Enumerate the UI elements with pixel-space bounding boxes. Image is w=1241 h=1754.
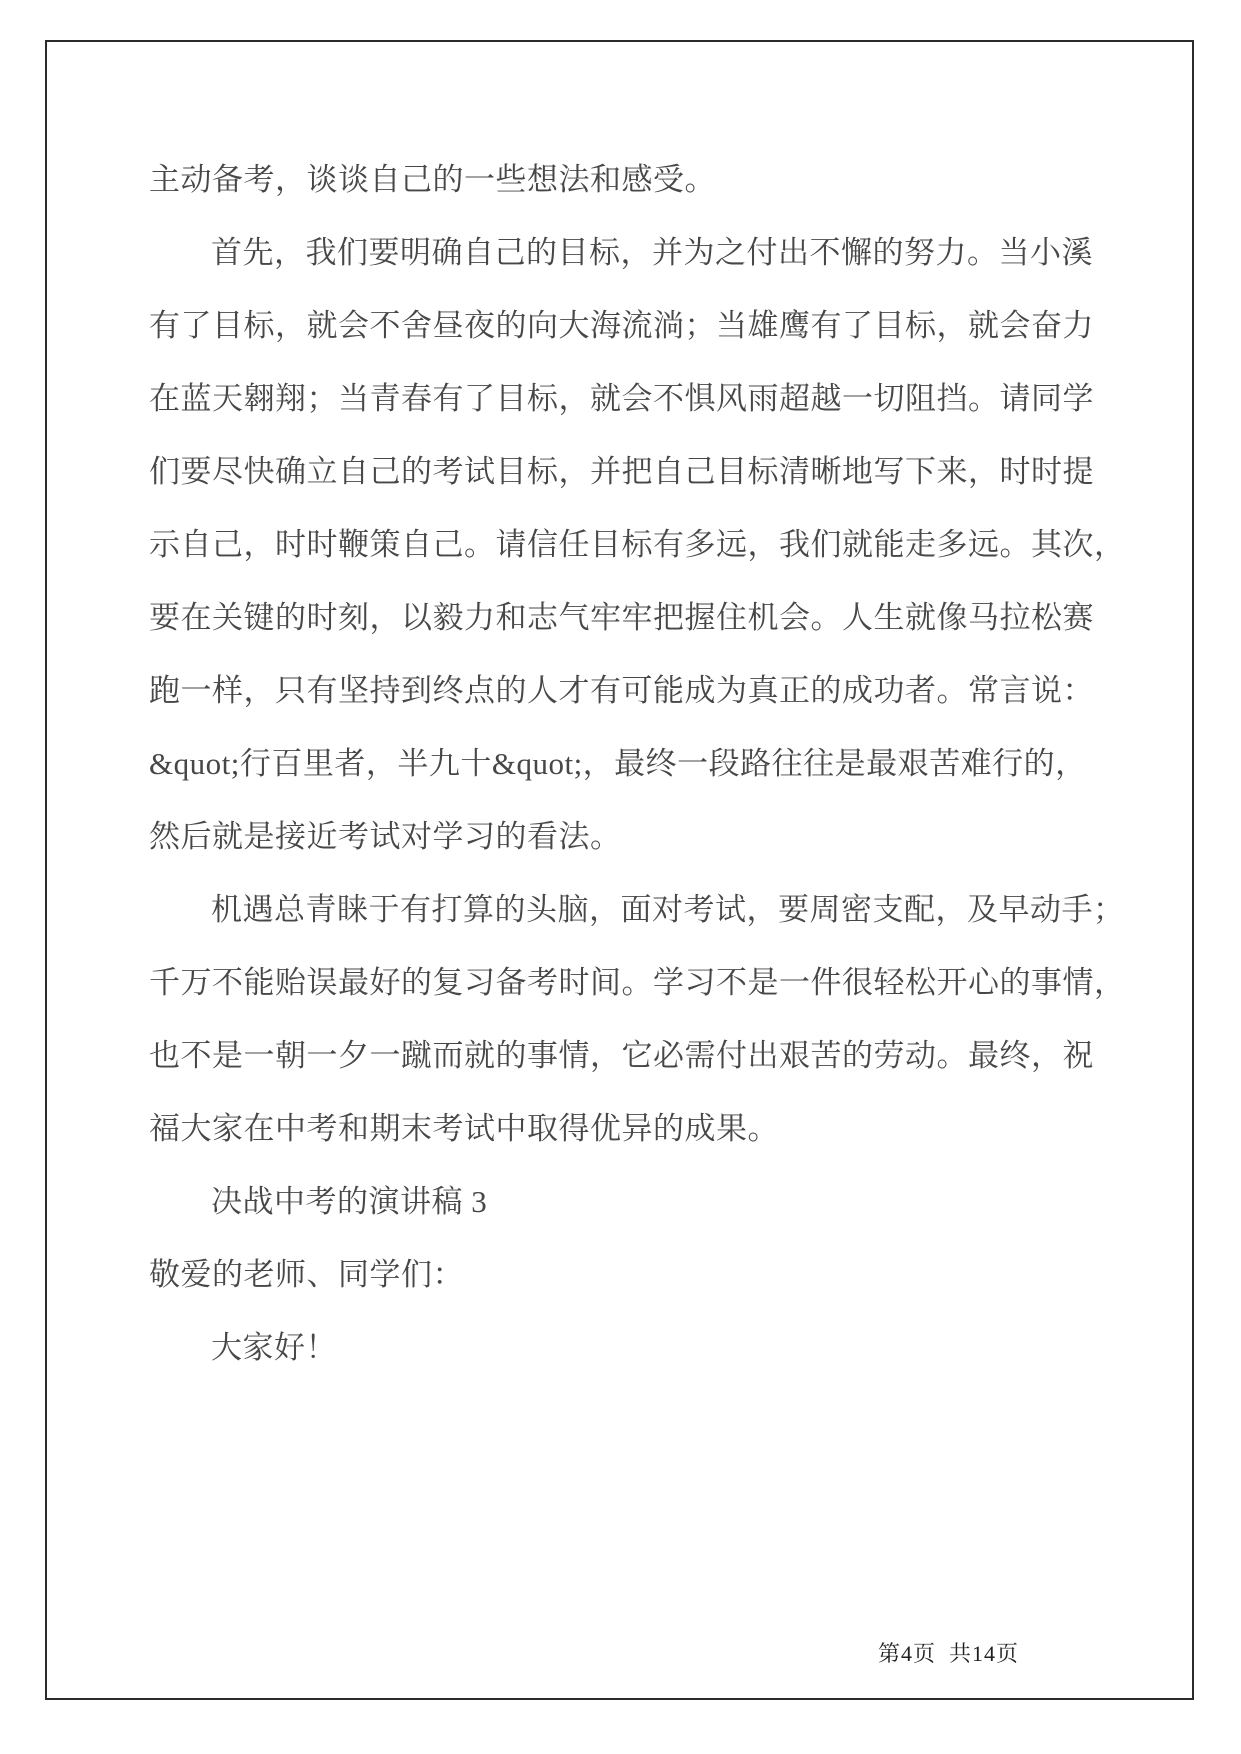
- text-line: 有了目标，就会不舍昼夜的向大海流淌；当雄鹰有了目标，就会奋力: [149, 289, 1134, 362]
- text-line: 主动备考，谈谈自己的一些想法和感受。: [149, 143, 1134, 216]
- text-line: 要在关键的时刻，以毅力和志气牢牢把握住机会。人生就像马拉松赛: [149, 581, 1134, 654]
- text-line: &quot;行百里者，半九十&quot;，最终一段路往往是最艰苦难行的，: [149, 727, 1134, 800]
- text-line: 在蓝天翱翔；当青春有了目标，就会不惧风雨超越一切阻挡。请同学: [149, 362, 1134, 435]
- page-footer: 第4页 共14页: [0, 1637, 1241, 1667]
- text-line: 然后就是接近考试对学习的看法。: [149, 800, 1134, 873]
- text-line: 机遇总青睐于有打算的头脑，面对考试，要周密支配，及早动手；: [149, 873, 1134, 946]
- text-line: 也不是一朝一夕一蹴而就的事情，它必需付出艰苦的劳动。最终，祝: [149, 1019, 1134, 1092]
- text-line: 们要尽快确立自己的考试目标，并把自己目标清晰地写下来，时时提: [149, 435, 1134, 508]
- document-body: 主动备考，谈谈自己的一些想法和感受。首先，我们要明确自己的目标，并为之付出不懈的…: [149, 143, 1134, 1384]
- text-line: 跑一样，只有坚持到终点的人才有可能成为真正的成功者。常言说：: [149, 654, 1134, 727]
- text-line: 千万不能贻误最好的复习备考时间。学习不是一件很轻松开心的事情，: [149, 946, 1134, 1019]
- text-line: 首先，我们要明确自己的目标，并为之付出不懈的努力。当小溪: [149, 216, 1134, 289]
- text-line: 敬爱的老师、同学们：: [149, 1238, 1134, 1311]
- page-number-indicator: 第4页 共14页: [878, 1637, 1019, 1668]
- text-line: 决战中考的演讲稿 3: [149, 1165, 1134, 1238]
- text-line: 福大家在中考和期末考试中取得优异的成果。: [149, 1092, 1134, 1165]
- text-line: 示自己，时时鞭策自己。请信任目标有多远，我们就能走多远。其次，: [149, 508, 1134, 581]
- text-line: 大家好！: [149, 1311, 1134, 1384]
